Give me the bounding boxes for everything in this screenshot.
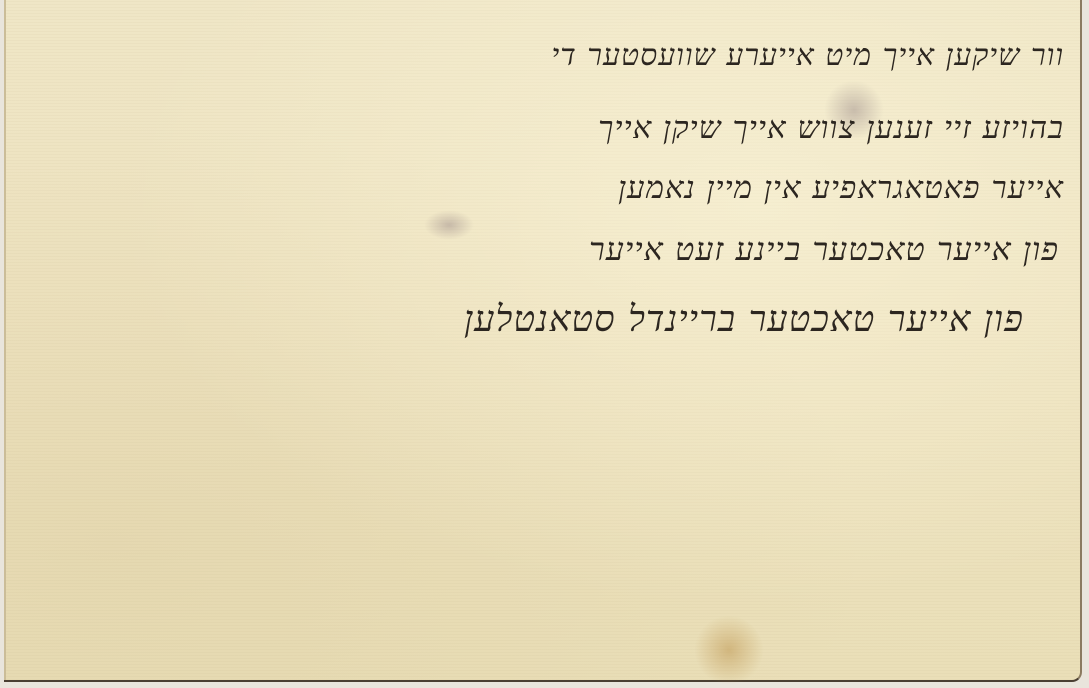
postcard-back: וור שיקען אייך מיט אייערע שוועסטער די בה… bbox=[4, 0, 1082, 682]
handwritten-line-4: פון אייער טאכטער ביינע זעט אייער bbox=[589, 230, 1059, 268]
handwritten-line-1: וור שיקען אייך מיט אייערע שוועסטער די bbox=[551, 38, 1064, 73]
handwritten-line-3: אייער פאטאגראפיע אין מיין נאמען bbox=[618, 170, 1064, 206]
handwritten-line-2: בהויזע זיי זענען צווש אייך שיקן אייך bbox=[598, 110, 1064, 146]
handwritten-line-5: פון אייער טאכטער בריינדל סטאנטלען bbox=[464, 298, 1024, 340]
ink-smudge bbox=[424, 210, 474, 240]
water-stain bbox=[694, 615, 764, 685]
